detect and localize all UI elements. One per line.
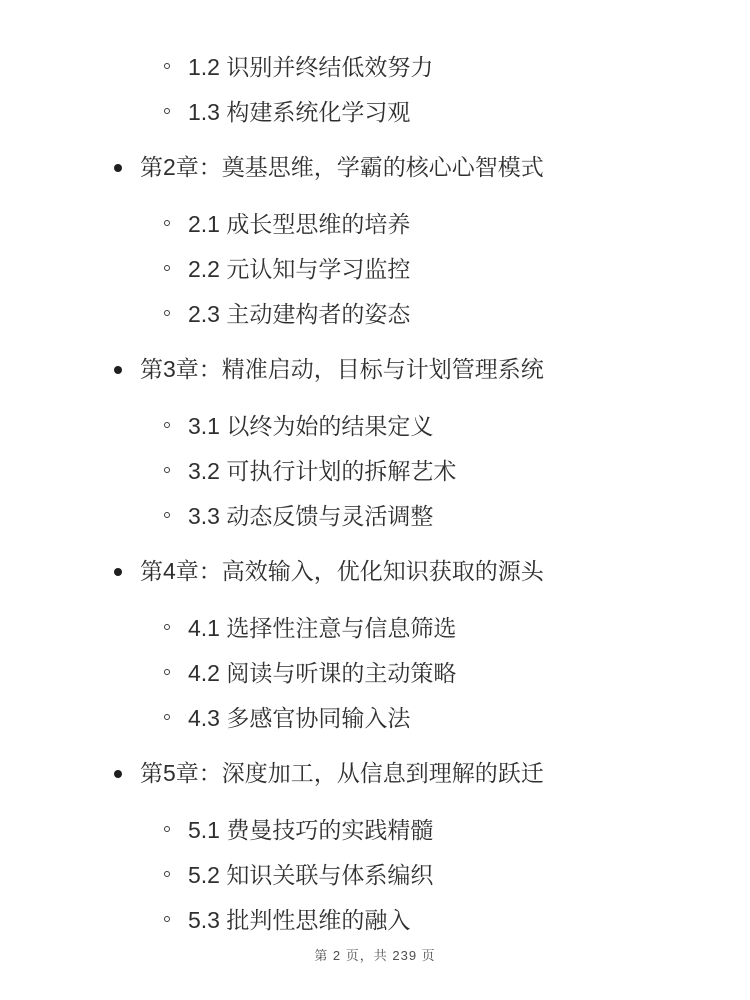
toc-subitem: 3.3 动态反馈与灵活调整 xyxy=(0,501,750,531)
toc-subitem: 2.1 成长型思维的培养 xyxy=(0,209,750,239)
hollow-bullet-icon xyxy=(164,108,170,114)
toc-subitem: 4.3 多感官协同输入法 xyxy=(0,703,750,733)
hollow-bullet-icon xyxy=(164,916,170,922)
toc-subitem: 3.2 可执行计划的拆解艺术 xyxy=(0,456,750,486)
hollow-bullet-icon xyxy=(164,422,170,428)
hollow-bullet-icon xyxy=(164,826,170,832)
hollow-bullet-icon xyxy=(164,512,170,518)
toc-subitem-label: 4.2 阅读与听课的主动策略 xyxy=(188,660,456,686)
toc-subitem: 5.3 批判性思维的融入 xyxy=(0,905,750,935)
hollow-bullet-icon xyxy=(164,624,170,630)
toc-subitem: 4.1 选择性注意与信息筛选 xyxy=(0,613,750,643)
toc-subitem-label: 3.1 以终为始的结果定义 xyxy=(188,413,433,439)
toc-subitem-label: 5.2 知识关联与体系编织 xyxy=(188,862,433,888)
disc-bullet-icon xyxy=(114,366,122,374)
toc-chapter: 第3章：精准启动，目标与计划管理系统 xyxy=(0,354,750,384)
toc-chapter: 第5章：深度加工，从信息到理解的跃迁 xyxy=(0,758,750,788)
toc-subitem: 1.2 识别并终结低效努力 xyxy=(0,52,750,82)
toc-group-chapter3: 第3章：精准启动，目标与计划管理系统 3.1 以终为始的结果定义 3.2 可执行… xyxy=(0,354,750,531)
toc-group-chapter4: 第4章：高效输入，优化知识获取的源头 4.1 选择性注意与信息筛选 4.2 阅读… xyxy=(0,556,750,733)
toc-chapter-label: 第3章：精准启动，目标与计划管理系统 xyxy=(140,356,544,382)
hollow-bullet-icon xyxy=(164,265,170,271)
page-number-indicator: 第 2 页，共 239 页 xyxy=(0,946,750,966)
disc-bullet-icon xyxy=(114,164,122,172)
toc-subitem-label: 1.3 构建系统化学习观 xyxy=(188,99,410,125)
hollow-bullet-icon xyxy=(164,467,170,473)
toc-chapter-label: 第5章：深度加工，从信息到理解的跃迁 xyxy=(140,760,544,786)
toc-chapter-label: 第4章：高效输入，优化知识获取的源头 xyxy=(140,558,544,584)
toc-subitem-label: 2.2 元认知与学习监控 xyxy=(188,256,410,282)
toc-subitem: 2.2 元认知与学习监控 xyxy=(0,254,750,284)
hollow-bullet-icon xyxy=(164,871,170,877)
toc-subitem: 3.1 以终为始的结果定义 xyxy=(0,411,750,441)
toc-subitem: 4.2 阅读与听课的主动策略 xyxy=(0,658,750,688)
toc-group-chapter2: 第2章：奠基思维，学霸的核心心智模式 2.1 成长型思维的培养 2.2 元认知与… xyxy=(0,152,750,329)
document-page: 1.2 识别并终结低效努力 1.3 构建系统化学习观 第2章：奠基思维，学霸的核… xyxy=(0,0,750,1000)
toc-subitem-label: 3.3 动态反馈与灵活调整 xyxy=(188,503,433,529)
toc-subitem-label: 5.1 费曼技巧的实践精髓 xyxy=(188,817,433,843)
hollow-bullet-icon xyxy=(164,63,170,69)
toc-subitem-label: 4.1 选择性注意与信息筛选 xyxy=(188,615,456,641)
hollow-bullet-icon xyxy=(164,310,170,316)
toc-subitem-label: 2.3 主动建构者的姿态 xyxy=(188,301,410,327)
toc-subitem-label: 2.1 成长型思维的培养 xyxy=(188,211,410,237)
toc-subitem: 1.3 构建系统化学习观 xyxy=(0,97,750,127)
toc-subitem: 2.3 主动建构者的姿态 xyxy=(0,299,750,329)
toc-group-chapter1: 1.2 识别并终结低效努力 1.3 构建系统化学习观 xyxy=(0,52,750,127)
toc-chapter: 第4章：高效输入，优化知识获取的源头 xyxy=(0,556,750,586)
toc-chapter-label: 第2章：奠基思维，学霸的核心心智模式 xyxy=(140,154,544,180)
toc-subitem: 5.1 费曼技巧的实践精髓 xyxy=(0,815,750,845)
toc-subitem-label: 3.2 可执行计划的拆解艺术 xyxy=(188,458,456,484)
table-of-contents: 1.2 识别并终结低效努力 1.3 构建系统化学习观 第2章：奠基思维，学霸的核… xyxy=(0,0,750,935)
toc-subitem-label: 5.3 批判性思维的融入 xyxy=(188,907,410,933)
disc-bullet-icon xyxy=(114,770,122,778)
hollow-bullet-icon xyxy=(164,220,170,226)
hollow-bullet-icon xyxy=(164,714,170,720)
toc-subitem-label: 4.3 多感官协同输入法 xyxy=(188,705,410,731)
toc-chapter: 第2章：奠基思维，学霸的核心心智模式 xyxy=(0,152,750,182)
toc-subitem-label: 1.2 识别并终结低效努力 xyxy=(188,54,433,80)
toc-group-chapter5: 第5章：深度加工，从信息到理解的跃迁 5.1 费曼技巧的实践精髓 5.2 知识关… xyxy=(0,758,750,935)
disc-bullet-icon xyxy=(114,568,122,576)
toc-subitem: 5.2 知识关联与体系编织 xyxy=(0,860,750,890)
hollow-bullet-icon xyxy=(164,669,170,675)
